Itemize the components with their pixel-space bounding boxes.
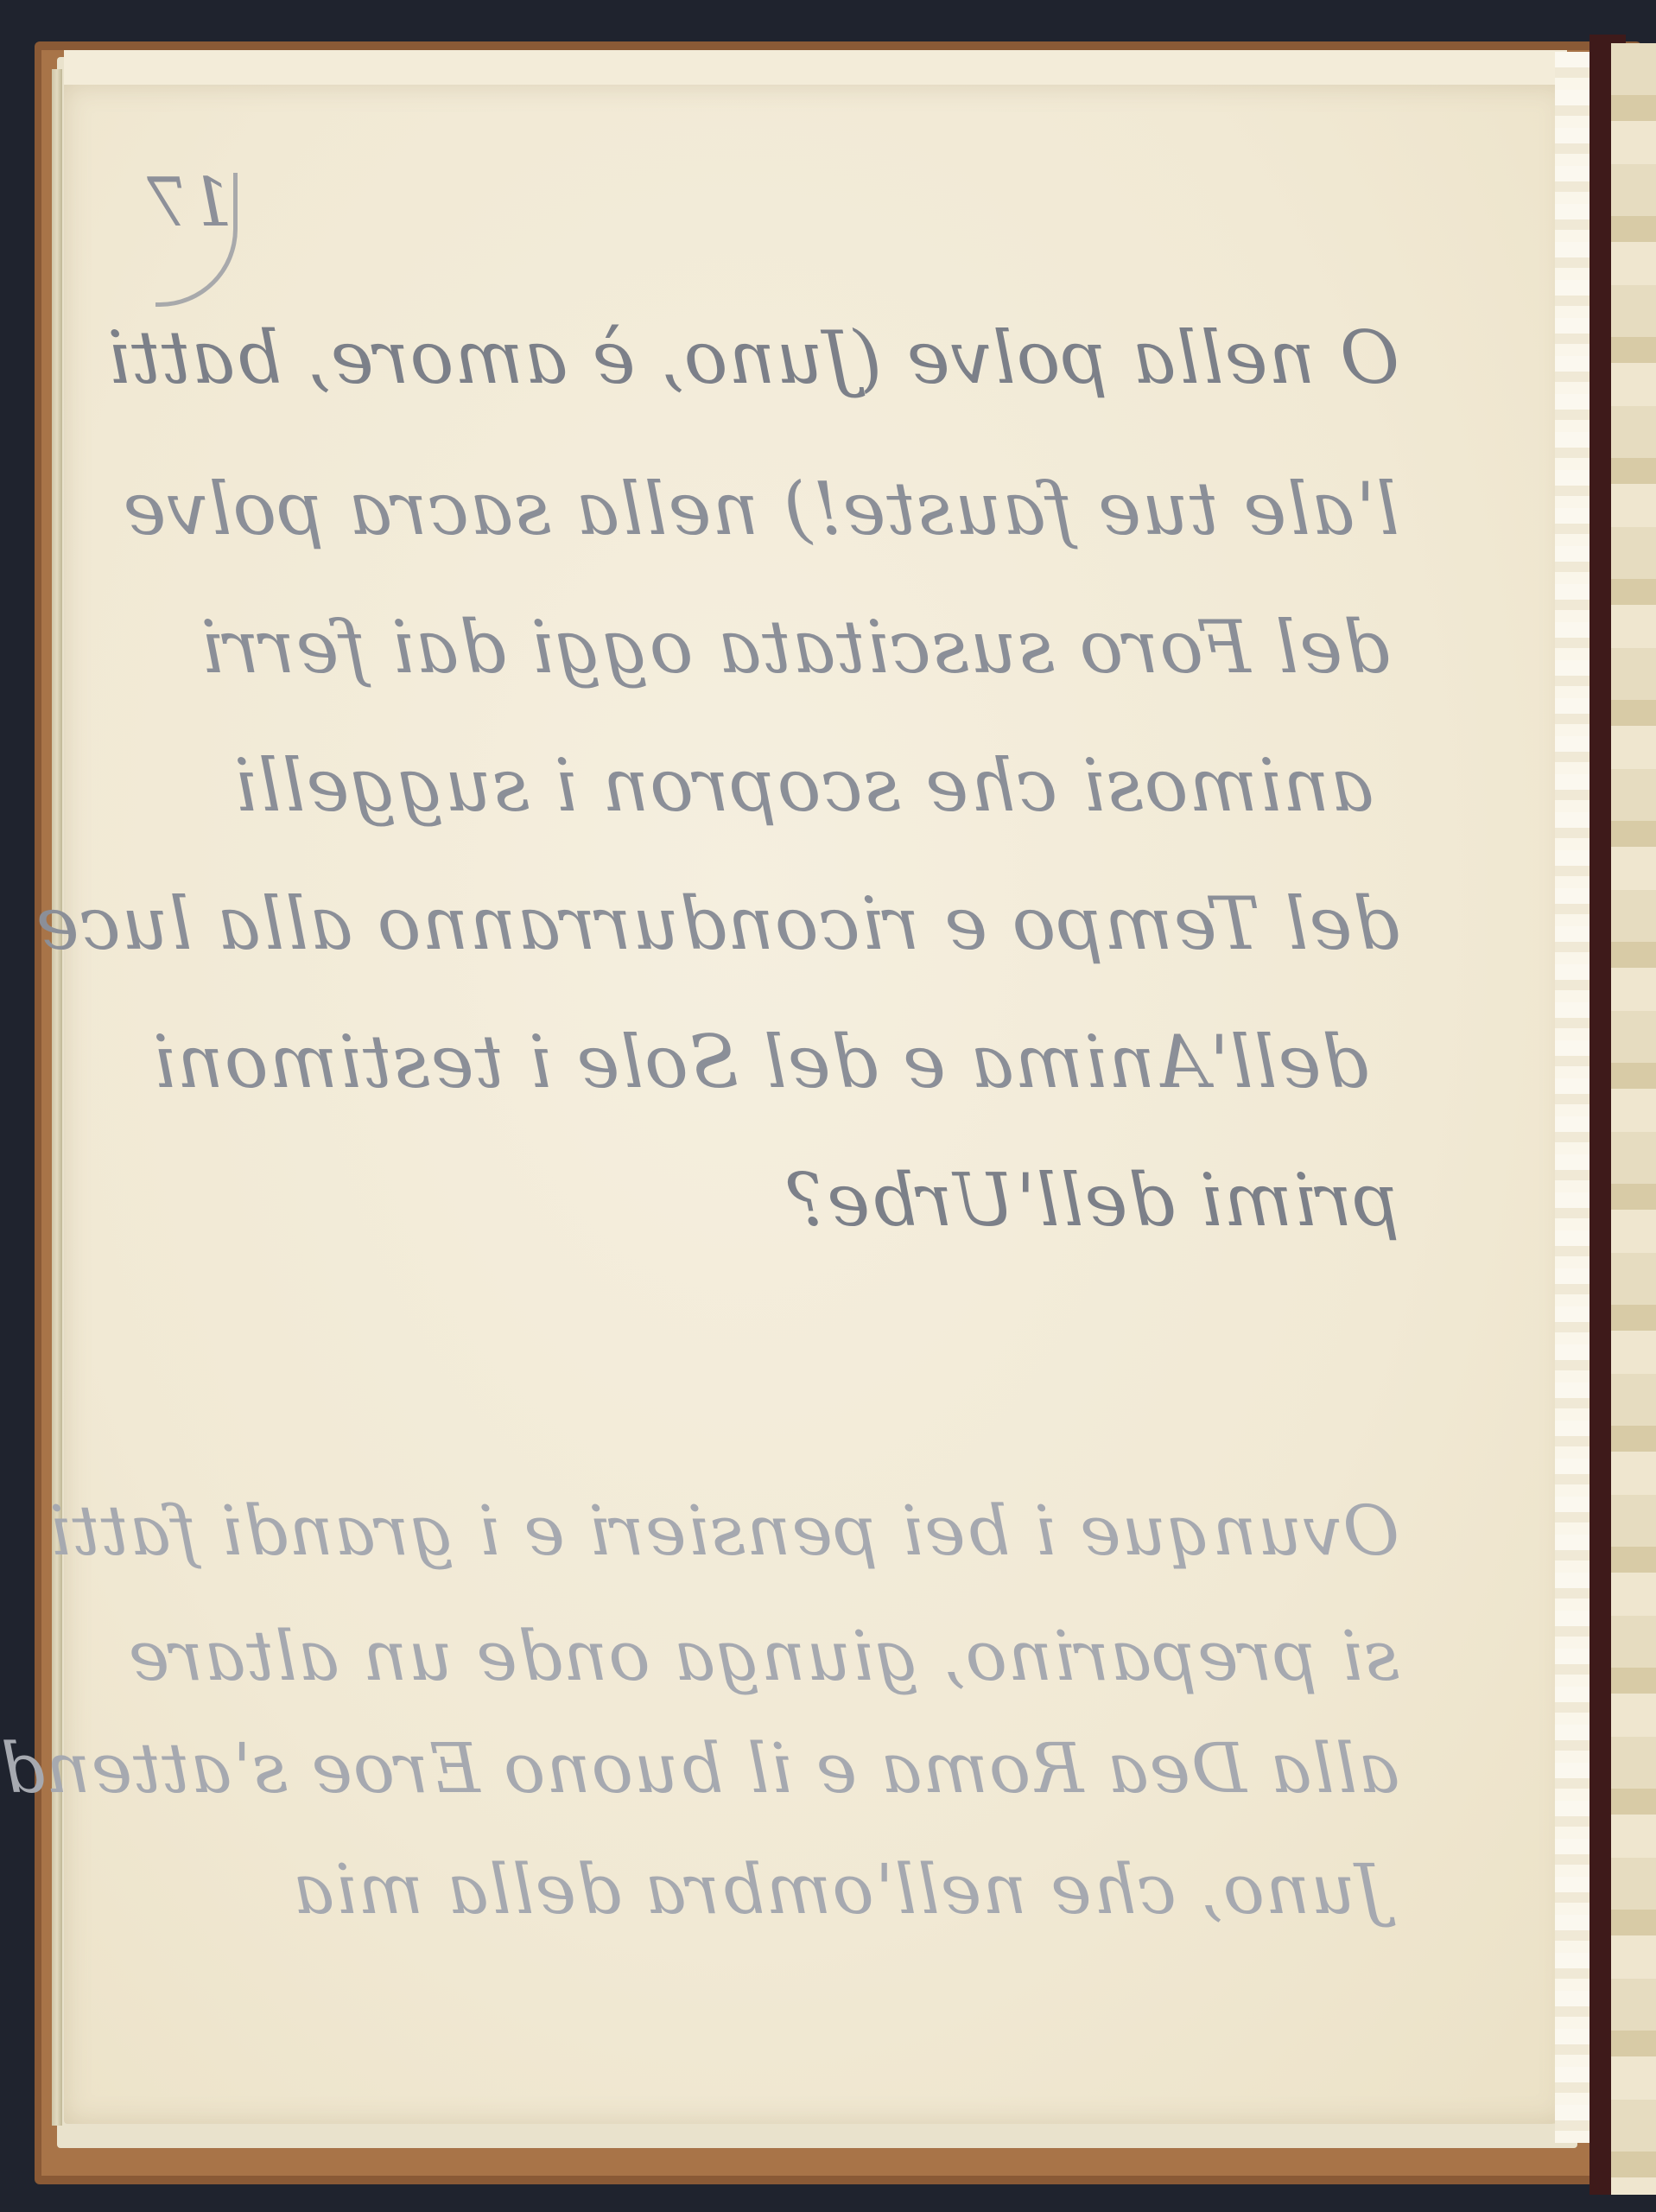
stanza1-line-7: primi dell'Urbe?	[864, 1158, 1399, 1243]
stanza1-line-6: dell'Anima e del Sole i testimoni	[121, 1020, 1399, 1104]
page-number: 17	[147, 164, 232, 242]
stanza1-line-1: O nella polve (Juno, è amore, batti	[173, 315, 1399, 400]
stanza1-line-5: del Tempo e ricondurranno alla luce	[173, 881, 1399, 966]
stanza2-line-1: Ovunque i bei pensieri e i grandi fatti	[130, 1491, 1399, 1571]
stanza1-line-4: animosi che scopron i suggelli	[207, 743, 1399, 828]
stanza2-line-2: si preparino, giunga onde un altare	[259, 1616, 1399, 1696]
stanza1-line-3: del Foro suscitata oggi dai ferri	[190, 605, 1399, 690]
stanza2-line-3: alla Dea Roma e il buono Eroe s'attende.	[138, 1728, 1399, 1808]
stanza1-line-2: l'ale tue fauste!) nella sacra polve	[164, 467, 1399, 551]
handwritten-text: 17 O nella polve (Juno, è amore, batti l…	[0, 0, 1656, 2212]
stanza2-line-4: Juno, che nell'ombra della mia	[276, 1849, 1399, 1929]
